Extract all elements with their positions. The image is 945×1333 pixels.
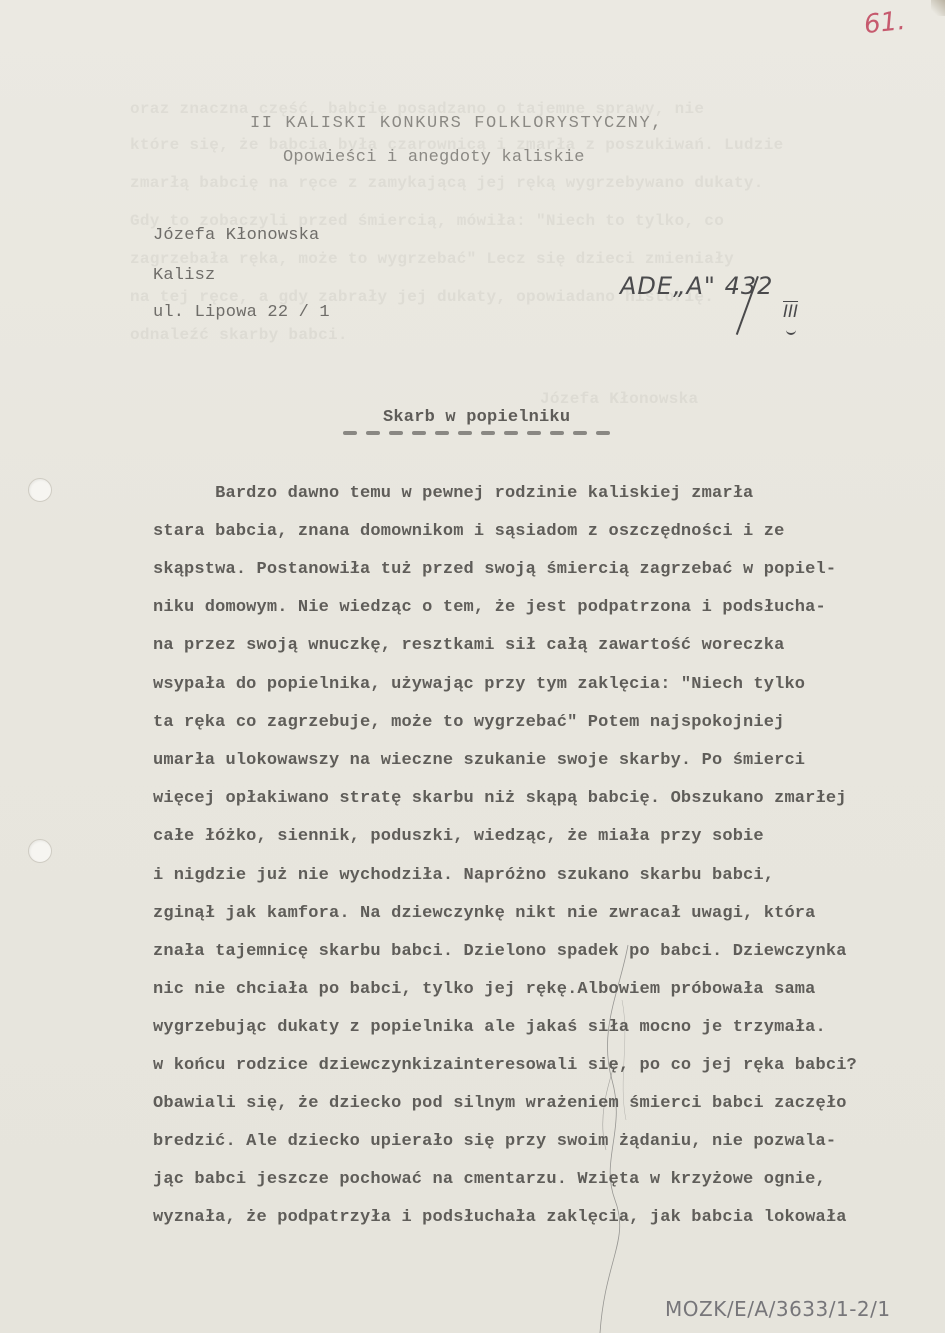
bleed-through-text: odnaleźć skarby babci. (130, 326, 348, 344)
document-page: oraz znaczna część, babcię posądzano o t… (0, 0, 945, 1333)
author-city: Kalisz (153, 266, 215, 285)
story-line: zginął jak kamfora. Na dziewczynkę nikt … (153, 904, 816, 923)
binder-hole (28, 839, 52, 863)
contest-title: II KALISKI KONKURS FOLKLORYSTYCZNY, (250, 114, 663, 133)
story-line: i nigdzie już nie wychodziła. Napróżno s… (153, 866, 774, 885)
page-corner-shadow (931, 0, 945, 16)
story-line: skąpstwa. Postanowiła tuż przed swoją śm… (153, 560, 836, 579)
binder-hole (28, 478, 52, 502)
bleed-through-text: zagrzebała ręka, może to wygrzebać" Lecz… (130, 250, 734, 268)
title-underline-dashes (343, 431, 610, 435)
story-line: Bardzo dawno temu w pewnej rodzinie kali… (153, 484, 753, 503)
story-title: Skarb w popielniku (383, 408, 570, 427)
story-line: bredzić. Ale dziecko upierało się przy s… (153, 1132, 836, 1151)
story-line: wygrzebując dukaty z popielnika ale jaka… (153, 1018, 826, 1037)
bleed-through-text: Józefa Kłonowska (540, 390, 698, 408)
story-line: umarła ulokowawszy na wieczne szukanie s… (153, 751, 805, 770)
story-line: Obawiali się, że dziecko pod silnym wraż… (153, 1094, 847, 1113)
story-line: znała tajemnicę skarbu babci. Dzielono s… (153, 942, 847, 961)
story-line: nic nie chciała po babci, tylko jej rękę… (153, 980, 816, 999)
story-line: na przez swoją wnuczkę, resztkami sił ca… (153, 636, 784, 655)
story-line: więcej opłakiwano stratę skarbu niż skąp… (153, 789, 847, 808)
story-line: wsypała do popielnika, używając przy tym… (153, 675, 805, 694)
collection-subtitle: Opowieści i anegdoty kaliskie (283, 148, 585, 167)
story-line: stara babcia, znana domownikom i sąsiado… (153, 522, 784, 541)
author-address: ul. Lipowa 22 / 1 (153, 303, 330, 322)
story-line: wyznała, że podpatrzyła i podsłuchała za… (153, 1208, 847, 1227)
author-name: Józefa Kłonowska (153, 226, 319, 245)
handwritten-underline-mark (786, 327, 796, 335)
story-line: całe łóżko, siennik, poduszki, wiedząc, … (153, 827, 764, 846)
handwritten-roman-numeral: III (783, 302, 798, 322)
story-line: w końcu rodzice dziewczynkizainteresowal… (153, 1056, 857, 1075)
story-line: jąc babci jeszcze pochować na cmentarzu.… (153, 1170, 826, 1189)
story-line: ta ręka co zagrzebuje, może to wygrzebać… (153, 713, 784, 732)
page-number: 61. (863, 6, 907, 40)
story-line: niku domowym. Nie wiedząc o tem, że jest… (153, 598, 826, 617)
bleed-through-text: zmarłą babcię na ręce z zamykającą jej r… (130, 174, 764, 192)
archive-reference: MOZK/E/A/3633/1-2/1 (665, 1297, 891, 1321)
